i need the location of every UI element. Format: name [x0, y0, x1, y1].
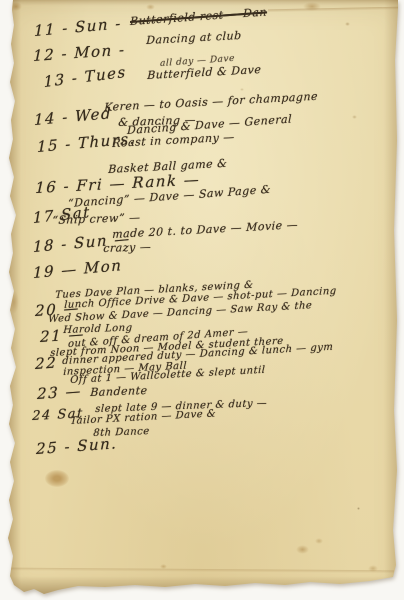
right-edge-shading	[384, 0, 398, 600]
bottom-edge-shading	[8, 576, 398, 594]
left-edge-shading	[8, 0, 21, 595]
bottom-fold-crease	[10, 568, 394, 574]
entry-24-note-2: Tailor PX ration — Dave &	[70, 409, 216, 427]
entry-11-note: Dancing at club	[146, 30, 242, 46]
entry-17-note-2: “Ship crew” —	[52, 212, 141, 226]
entry-18-note-2: crazy —	[103, 241, 152, 254]
stain-bottom-right-2	[315, 538, 323, 544]
paper-sheet: Butterfield rest — Dan 11 - Sun - Dancin…	[0, 0, 404, 600]
speck-right	[352, 115, 357, 119]
entry-14-note: Keren — to Oasis — for champagne	[104, 91, 318, 113]
stain-top-right	[303, 2, 321, 11]
stain-left-edge-mid	[9, 290, 19, 314]
entry-23-note-2: Bandente	[90, 385, 148, 398]
entry-14-number: 14 - Wed	[34, 106, 112, 128]
entry-13-number: 13 - Tues	[43, 65, 126, 90]
stain-right-lower	[368, 565, 378, 572]
stain-top-left	[10, 2, 22, 11]
scan-background: Butterfield rest — Dan 11 - Sun - Dancin…	[0, 0, 404, 600]
entry-23-number: 23 —	[37, 384, 82, 402]
entry-11-number: 11 - Sun -	[34, 16, 122, 39]
stain-top-middle	[146, 4, 155, 10]
entry-11-note-struck: Butterfield rest — Dan	[130, 6, 267, 27]
top-edge-shading	[8, 0, 404, 6]
top-right-fold-crease	[268, 7, 404, 13]
stain-bottom-right-1	[296, 545, 309, 554]
entry-19-number: 19 — Mon	[33, 258, 122, 281]
speck-center	[240, 88, 244, 91]
speck-right-lower	[357, 507, 360, 510]
stain-bottom-left-large	[45, 470, 69, 487]
paper-wrap: Butterfield rest — Dan 11 - Sun - Dancin…	[0, 0, 404, 600]
entry-22-number: 22	[35, 355, 57, 372]
entry-25-number: 25 - Sun.	[36, 436, 118, 457]
speck-bottom-middle	[160, 564, 167, 569]
entry-12-number: 12 - Mon -	[33, 42, 126, 64]
speck-upper-right	[345, 22, 350, 26]
